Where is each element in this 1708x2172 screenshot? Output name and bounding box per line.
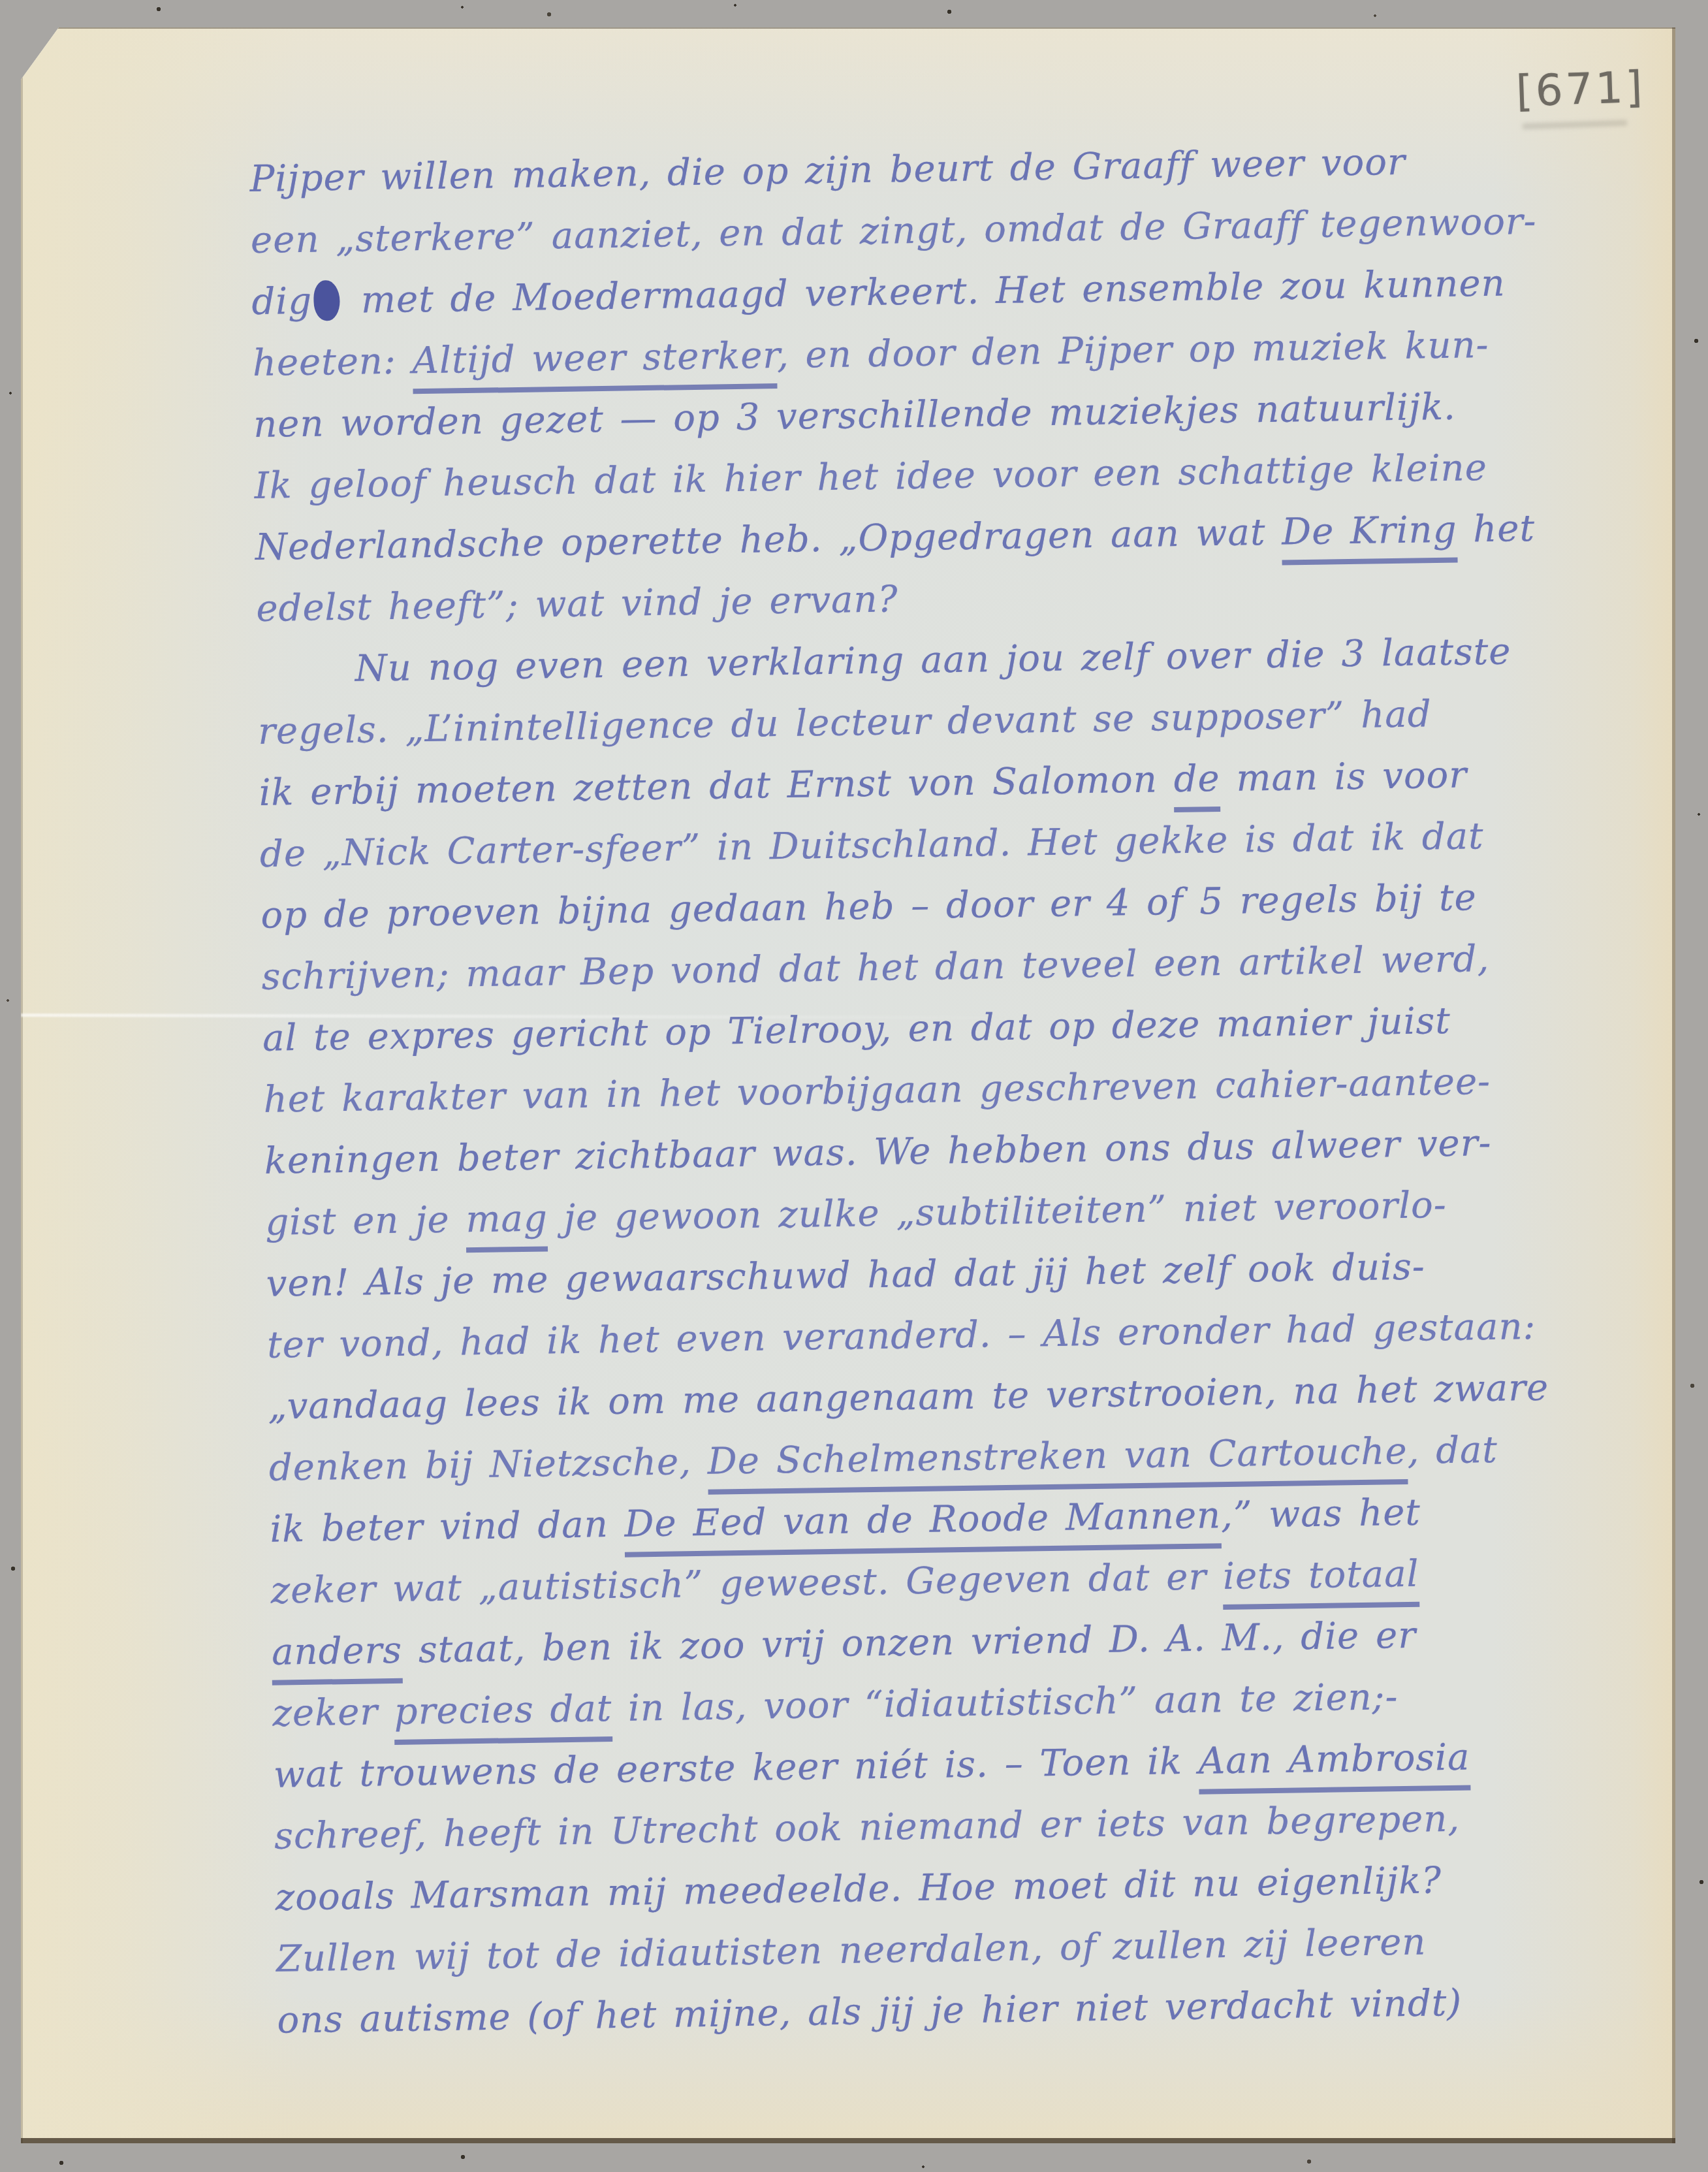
letter-text-segment: regels. „L’inintelligence du lecteur dev… [258,693,1432,753]
underlined-text-segment: Altijd weer sterker [412,334,778,394]
folio-number-pencil: [671] [1515,62,1646,117]
letter-paper: [671] Pijper willen maken, die op zijn b… [21,27,1675,2143]
underlined-text-segment: de [1173,758,1220,812]
letter-text-segment: het [1457,507,1535,551]
letter-text-segment: een „sterkere” aanziet, en dat zingt, om… [251,200,1537,262]
letter-text-segment: ven! Als je me gewaarschuwd had dat jij … [266,1245,1425,1305]
letter-text-segment: Nu nog even een verklaring aan jou zelf … [355,630,1511,690]
letter-text-segment: Nederlandsche operette heb. „Opgedragen … [255,511,1282,569]
letter-text-segment: zeker [272,1691,394,1735]
underlined-text-segment: mag [466,1197,548,1253]
letter-text-segment: wat trouwens de eerste keer niét is. – T… [273,1740,1199,1797]
letter-text-segment: zeker wat „autistisch” geweest. Gegeven … [270,1556,1223,1612]
letter-text-segment: ik erbij moeten zetten dat Ernst von Sal… [259,758,1174,814]
letter-text-segment: met de Moedermaagd verkeert. Het ensembl… [345,262,1506,321]
underlined-text-segment: iets totaal [1222,1553,1419,1610]
letter-text-segment: keningen beter zichtbaar was. We hebben … [264,1122,1492,1183]
letter-text-segment: het karakter van in het voorbijgaan gesc… [263,1061,1491,1121]
letter-text-segment: heeten: [252,340,413,385]
underlined-text-segment: Aan Ambrosia [1198,1736,1470,1795]
underlined-text-segment: anders [272,1629,403,1685]
letter-text-segment: al te expres gericht op Tielrooy, en dat… [262,1000,1451,1060]
letter-body: Pijper willen maken, die op zijn beurt d… [249,130,1564,2052]
letter-text-segment: ,” was het [1221,1492,1421,1537]
letter-text-segment: ons autisme (of het mijne, als jij je hi… [277,1982,1463,2042]
letter-text-segment: , dat [1407,1429,1498,1473]
letter-text-segment: Zullen wij tot de idiautisten neerdalen,… [276,1921,1427,1981]
letter-text-segment: dig [251,280,313,323]
letter-text-segment: gist en je [265,1198,466,1244]
letter-text-segment: nen worden gezet — op 3 verschillende mu… [253,386,1457,446]
scanned-letter-page: [671] Pijper willen maken, die op zijn b… [0,0,1708,2172]
letter-text-segment: je gewoon zulke „subtiliteiten” niet ver… [547,1184,1447,1239]
letter-text-segment: zooals Marsman mij meedeelde. Hoe moet d… [275,1859,1442,1919]
letter-text-segment: edelst heeft”; wat vind je ervan? [256,578,898,630]
letter-text-segment: man is voor [1220,754,1467,800]
letter-text-segment: , en door den Pijper op muziek kun- [776,324,1489,377]
letter-text-segment: schrijven; maar Bep vond dat het dan tev… [261,938,1489,998]
letter-text-segment: denken bij Nietzsche, [268,1441,708,1490]
ink-blot [313,280,340,321]
letter-text-segment: in las, voor “idiautistisch” aan te zien… [612,1676,1399,1730]
letter-text-segment: ter vond, had ik het even veranderd. – A… [267,1305,1536,1367]
letter-text-segment: schreef, heeft in Utrecht ook niemand er… [274,1798,1461,1858]
letter-text-segment: de „Nick Carter-sfeer” in Duitschland. H… [260,815,1484,876]
letter-text-segment: Pijper willen maken, die op zijn beurt d… [249,141,1406,200]
underlined-text-segment: De Kring [1282,509,1457,566]
letter-text-segment: staat, ben ik zoo vrij onzen vriend D. A… [402,1614,1417,1672]
letter-text-segment: Ik geloof heusch dat ik hier het idee vo… [254,447,1487,507]
underlined-text-segment: precies dat [394,1687,612,1745]
letter-text-segment: ik beter vind dan [270,1503,625,1551]
letter-text-segment: op de proeven bijna gedaan heb – door er… [261,876,1477,937]
letter-text-segment: „vandaag lees ik om me aangenaam te vers… [268,1367,1549,1428]
